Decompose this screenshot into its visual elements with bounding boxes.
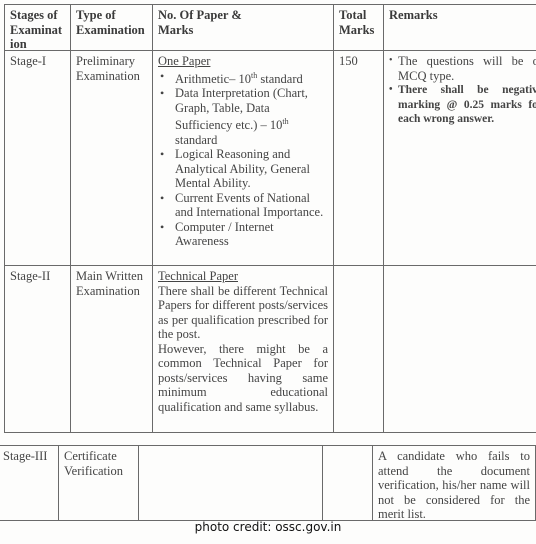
header-total-marks: Total Marks <box>334 6 384 39</box>
stage-1-remarks-list: The questions will be of MCQ type. There… <box>389 54 536 127</box>
stage-3-type: Certificate Verification <box>59 447 139 480</box>
stage-1-paper: One Paper Arithmetic– 10th standardData … <box>153 52 333 251</box>
stage-1-total-marks: 150 <box>334 52 384 71</box>
table-border <box>0 445 536 446</box>
stage-3-remarks: A candidate who fails to attend the docu… <box>373 447 535 524</box>
syllabus-item: Current Events of National and Internati… <box>158 191 328 220</box>
header-paper-marks: No. Of Paper & Marks <box>153 6 273 39</box>
table-border <box>4 265 536 266</box>
header-type: Type of Examination <box>71 6 153 39</box>
stage-1-syllabus-list: Arithmetic– 10th standardData Interpreta… <box>158 69 328 249</box>
photo-credit: photo credit: ossc.gov.in <box>0 520 536 534</box>
syllabus-item: Arithmetic– 10th standard <box>158 69 328 87</box>
syllabus-item: Computer / Internet Awareness <box>158 220 328 249</box>
stage-1-label: Stage-I <box>5 52 70 71</box>
remark-item: There shall be negative marking @ 0.25 m… <box>389 83 536 127</box>
table-border <box>4 50 536 51</box>
stage-1-type: Preliminary Examination <box>71 52 151 85</box>
stage-2-type: Main Written Examination <box>71 267 151 300</box>
header-stages: Stages of Examinat ion <box>5 6 70 54</box>
stage-2-paper-title: Technical Paper <box>158 269 328 284</box>
stage-2-paper: Technical Paper There shall be different… <box>153 267 333 416</box>
stage-1-paper-title: One Paper <box>158 54 328 69</box>
stage-2-paper-text-1: There shall be different Technical Paper… <box>158 284 328 342</box>
table-border <box>4 4 536 5</box>
syllabus-item: Logical Reasoning and Analytical Ability… <box>158 147 328 191</box>
stage-1-remarks: The questions will be of MCQ type. There… <box>384 52 536 129</box>
table-border <box>4 432 536 433</box>
stage-3-label: Stage-III <box>0 447 58 466</box>
stage-2-label: Stage-II <box>5 267 70 286</box>
header-remarks: Remarks <box>384 6 534 25</box>
stage-2-paper-text-2: However, there might be a common Technic… <box>158 342 328 415</box>
table-border <box>322 445 323 521</box>
remark-item: The questions will be of MCQ type. <box>389 54 536 83</box>
syllabus-item: Data Interpretation (Chart, Graph, Table… <box>158 86 328 147</box>
